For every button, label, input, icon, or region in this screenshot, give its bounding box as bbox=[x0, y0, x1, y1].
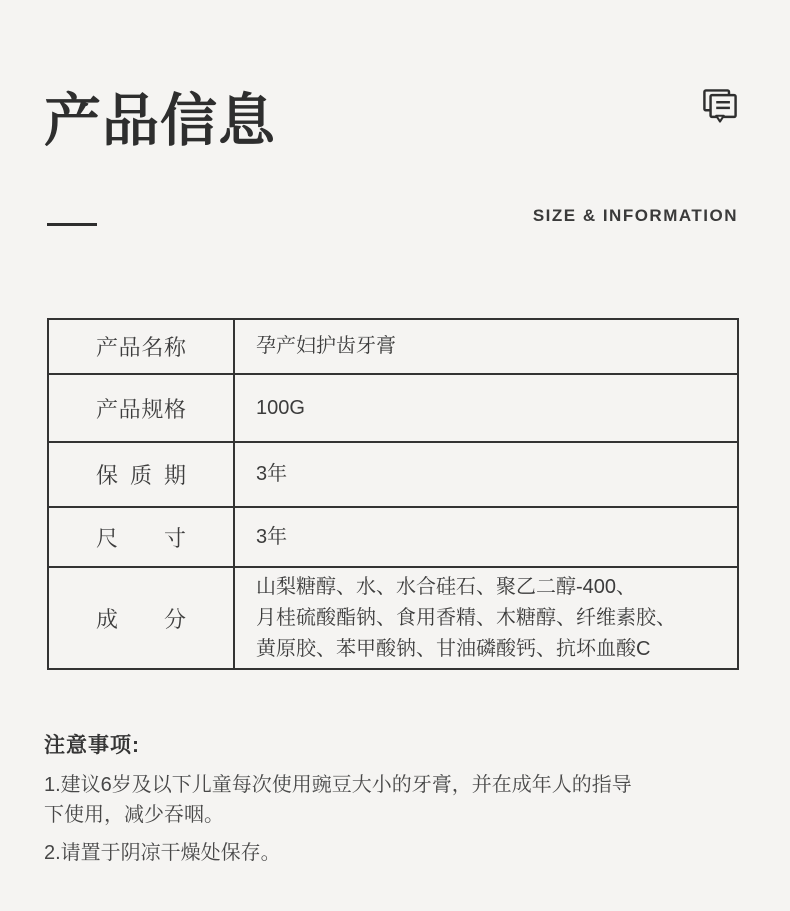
row-label: 成分 bbox=[96, 603, 186, 634]
row-label-cell: 成分 bbox=[49, 568, 235, 668]
row-label-cell: 尺寸 bbox=[49, 508, 235, 566]
row-value: 100G bbox=[235, 375, 737, 441]
row-value: 3年 bbox=[235, 443, 737, 506]
product-spec-table: 产品名称 孕产妇护齿牙膏 产品规格 100G 保质期 3年 尺寸 3年 成分 bbox=[47, 318, 739, 670]
title-underline bbox=[47, 223, 97, 226]
row-label: 产品名称 bbox=[96, 331, 186, 362]
table-row: 产品名称 孕产妇护齿牙膏 bbox=[49, 320, 737, 375]
page-title: 产品信息 bbox=[44, 90, 276, 153]
note-item: 2.请置于阴凉干燥处保存。 bbox=[44, 838, 644, 868]
table-row: 成分 山梨糖醇、水、水合硅石、聚乙二醇-400、 月桂硫酸酯钠、食用香精、木糖醇… bbox=[49, 568, 737, 668]
row-label: 保质期 bbox=[96, 459, 186, 490]
row-label-cell: 保质期 bbox=[49, 443, 235, 506]
notes-title: 注意事项: bbox=[44, 733, 644, 758]
subtitle: SIZE & INFORMATION bbox=[533, 206, 738, 226]
notes-section: 注意事项: 1.建议6岁及以下儿童每次使用豌豆大小的牙膏，并在成年人的指导下使用… bbox=[44, 733, 644, 876]
table-row: 尺寸 3年 bbox=[49, 508, 737, 568]
row-label: 产品规格 bbox=[96, 393, 186, 424]
row-label-cell: 产品规格 bbox=[49, 375, 235, 441]
chat-bubbles-icon bbox=[703, 89, 737, 123]
table-row: 保质期 3年 bbox=[49, 443, 737, 508]
product-info-page: 产品信息 SIZE & INFORMATION 产品名称 孕产妇护齿牙膏 产品规… bbox=[0, 0, 790, 911]
row-value: 山梨糖醇、水、水合硅石、聚乙二醇-400、 月桂硫酸酯钠、食用香精、木糖醇、纤维… bbox=[235, 568, 737, 668]
note-item: 1.建议6岁及以下儿童每次使用豌豆大小的牙膏，并在成年人的指导下使用，减少吞咽。 bbox=[44, 770, 644, 830]
table-row: 产品规格 100G bbox=[49, 375, 737, 443]
row-value: 3年 bbox=[235, 508, 737, 566]
row-label: 尺寸 bbox=[96, 522, 186, 553]
row-value: 孕产妇护齿牙膏 bbox=[235, 320, 737, 373]
row-label-cell: 产品名称 bbox=[49, 320, 235, 373]
